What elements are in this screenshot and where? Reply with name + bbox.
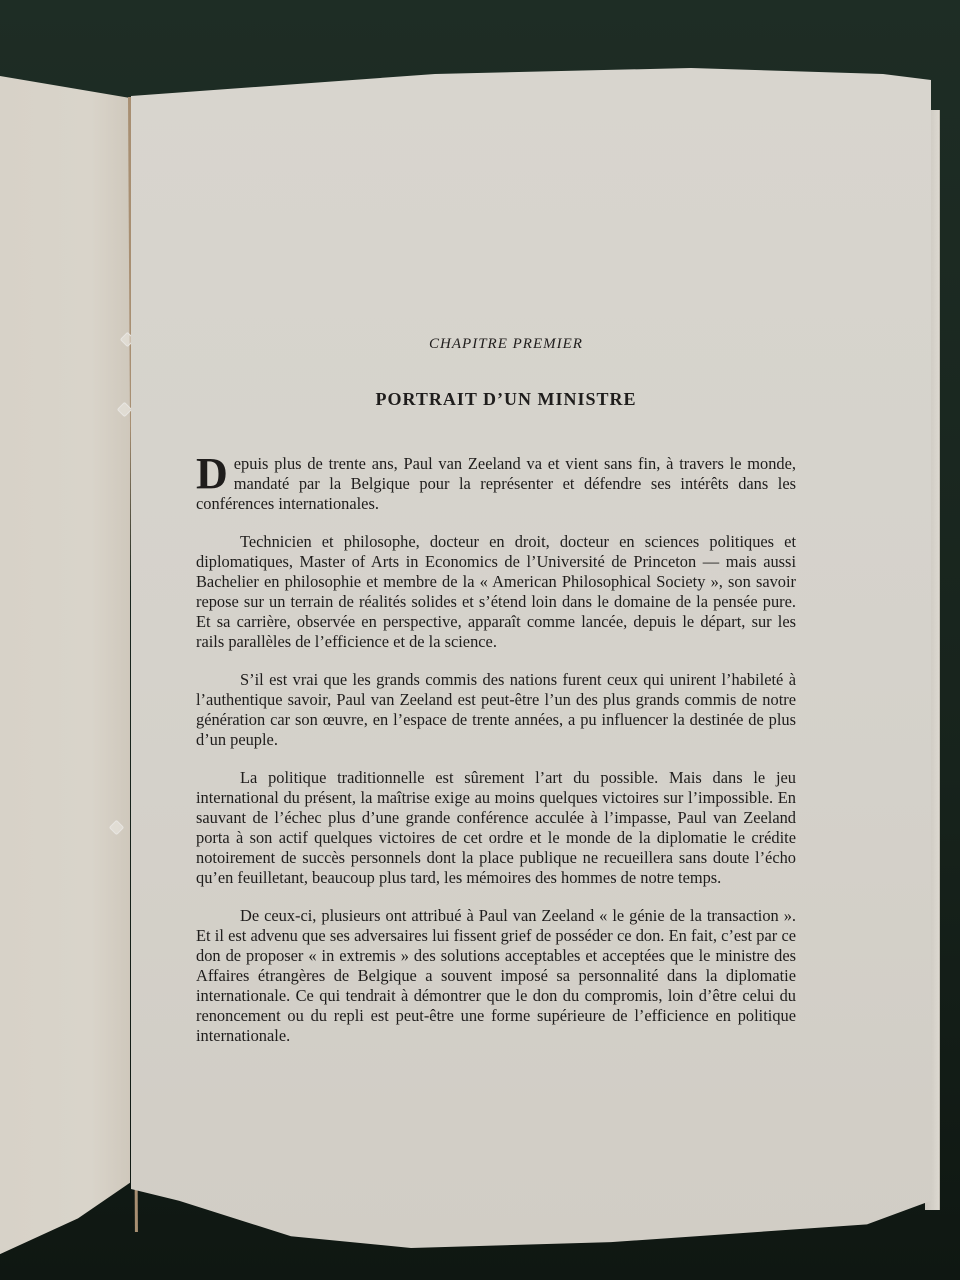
page-text: CHAPITRE PREMIER PORTRAIT D’UN MINISTRE … (196, 336, 796, 1064)
paragraph-text: epuis plus de trente ans, Paul van Zeela… (196, 454, 796, 513)
paragraph: De ceux-ci, plusieurs ont attribué à Pau… (196, 906, 796, 1046)
paragraph: Technicien et philosophe, docteur en dro… (196, 532, 796, 652)
paragraph: La politique traditionnelle est sûrement… (196, 768, 796, 888)
paragraph: S’il est vrai que les grands commis des … (196, 670, 796, 750)
chapter-label: CHAPITRE PREMIER (196, 336, 796, 353)
left-page (0, 76, 130, 1266)
chapter-title: PORTRAIT D’UN MINISTRE (196, 389, 796, 410)
paragraph: Depuis plus de trente ans, Paul van Zeel… (196, 454, 796, 514)
drop-cap: D (196, 456, 228, 492)
